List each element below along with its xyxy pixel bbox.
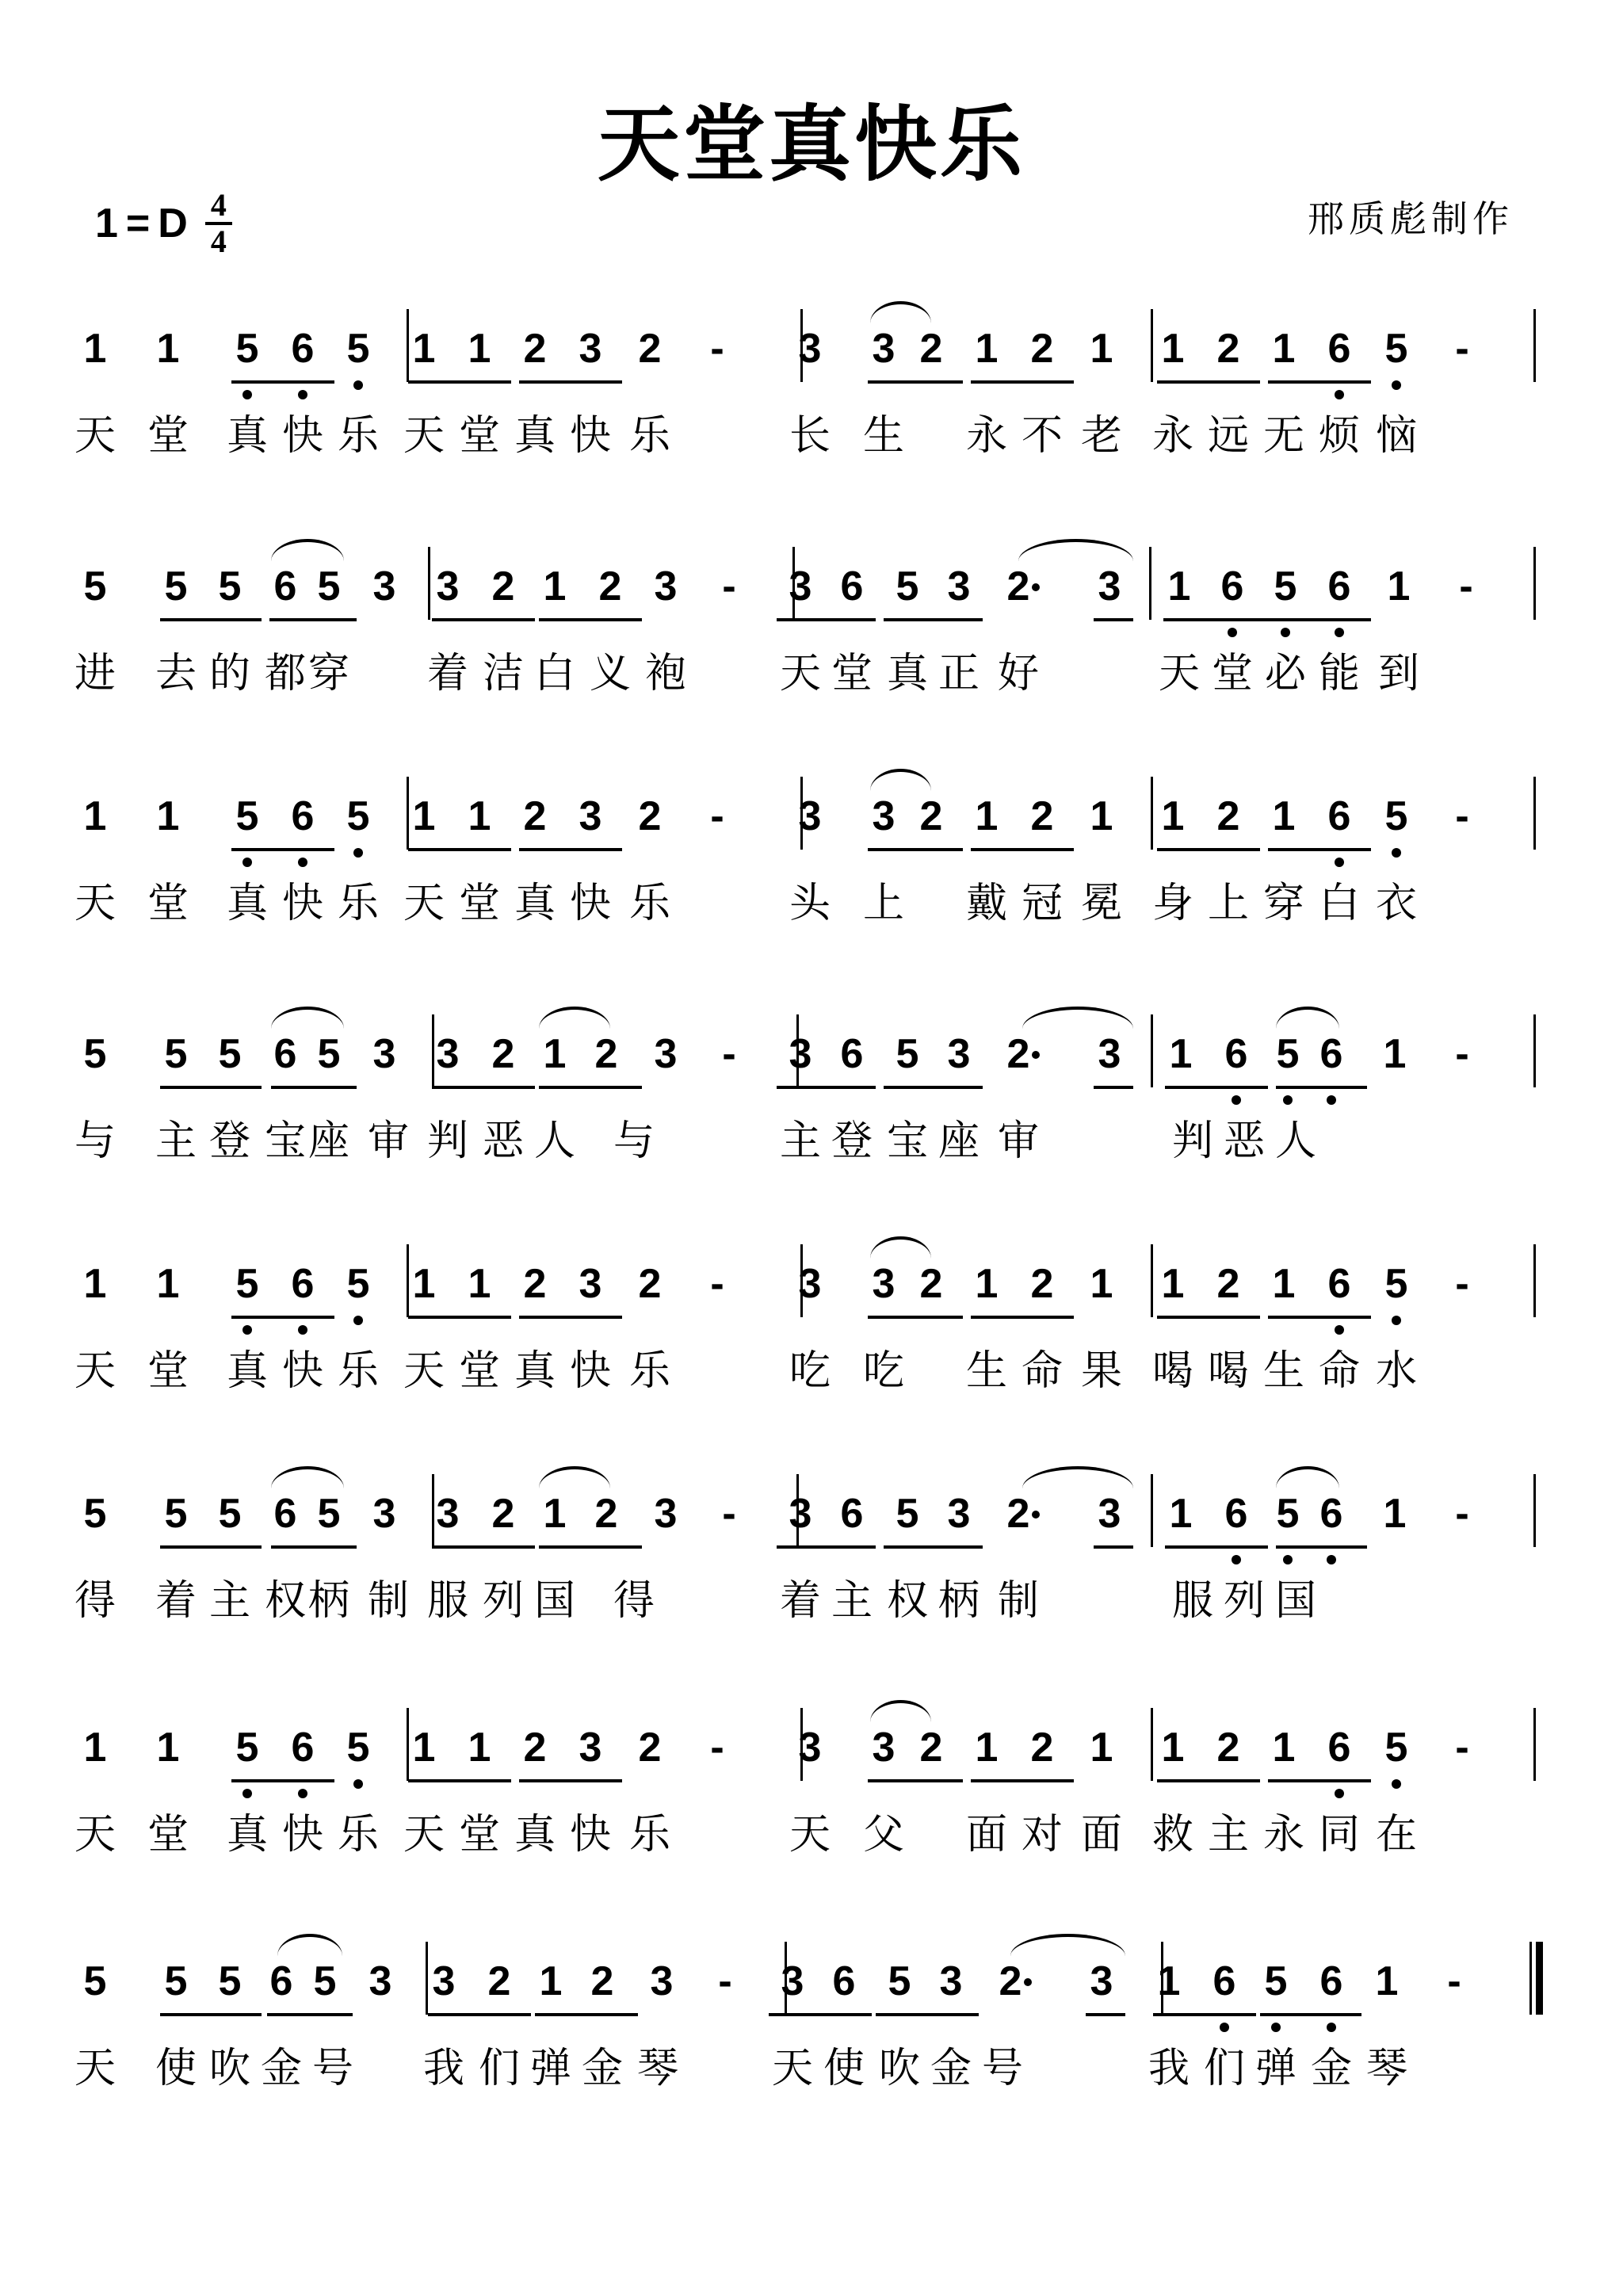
lyric-char: 吹	[874, 2045, 925, 2092]
note: 2	[911, 1260, 951, 1308]
sustain-dash: -	[697, 1724, 737, 1771]
note: 5	[1377, 1724, 1416, 1771]
note: 3	[571, 793, 610, 840]
note: 1	[148, 1724, 188, 1771]
note-digit: 5	[318, 563, 341, 609]
augmentation-dot	[1024, 1978, 1032, 1986]
note-digit: 2	[1217, 1261, 1240, 1307]
note: 1	[1153, 793, 1193, 840]
note-digit: 1	[1090, 1261, 1113, 1307]
eighth-note-underline	[408, 1779, 511, 1782]
note-digit: 5	[84, 563, 107, 609]
lyric-char: 正	[934, 650, 984, 697]
note: 2	[483, 563, 523, 610]
augmentation-dot	[1032, 583, 1040, 591]
slur-arc	[271, 1007, 344, 1029]
lyric-char: 真	[882, 650, 933, 697]
note-digit: 2	[599, 563, 622, 609]
lower-octave-dot	[1392, 380, 1401, 390]
eighth-note-underline	[884, 618, 983, 621]
note-digit: 2	[1007, 1491, 1030, 1537]
lyric-char: 乐	[624, 1347, 675, 1395]
barline	[796, 1014, 799, 1087]
lyric-char: 能	[1314, 650, 1365, 697]
note: 6	[1319, 1724, 1359, 1771]
note: 5	[1266, 563, 1305, 610]
note-digit: 3	[940, 1958, 963, 2004]
note: 2	[515, 1260, 555, 1308]
note: 1	[1082, 1724, 1121, 1771]
eighth-note-underline	[777, 618, 876, 621]
note: 6	[832, 563, 872, 610]
note-digit: 1	[1388, 563, 1411, 609]
note-digit: 2	[920, 326, 943, 372]
lower-octave-dot	[298, 390, 307, 399]
note-digit: 5	[165, 1031, 188, 1077]
eighth-note-underline	[519, 1316, 622, 1319]
note-digit: 3	[373, 1491, 396, 1537]
barline	[800, 1244, 803, 1317]
eighth-note-underline	[1157, 1779, 1260, 1782]
slur-arc	[870, 1236, 931, 1259]
note: 3	[790, 1260, 830, 1308]
lyric-char: 制	[363, 1577, 414, 1625]
lyric-char: 快	[277, 412, 328, 460]
lyric-char: 主	[1203, 1811, 1254, 1859]
note: 5	[156, 563, 196, 610]
note: 2	[1209, 325, 1248, 372]
note: 5	[75, 563, 115, 610]
lyric-char: 吹	[204, 2045, 255, 2092]
note: 1	[1153, 1724, 1193, 1771]
score-row: 55565332123-36532316561-与主登宝座审判恶人与主登宝座审判…	[0, 967, 1623, 1157]
note: 1	[1149, 1958, 1189, 2005]
lyric-char: 座	[304, 1117, 354, 1165]
lyric-char: 真	[222, 1347, 273, 1395]
note: 1	[967, 325, 1006, 372]
note: 1	[535, 1030, 575, 1078]
note-digit: 1	[157, 793, 180, 839]
note-digit: 5	[165, 563, 188, 609]
eighth-note-underline	[1276, 1545, 1367, 1549]
lyric-char: 救	[1148, 1811, 1198, 1859]
note: 1	[75, 1260, 115, 1308]
note-digit: 6	[292, 326, 315, 372]
note: 2	[1209, 1260, 1248, 1308]
note-digit: 3	[579, 326, 602, 372]
note-digit: 3	[948, 1491, 971, 1537]
note: 5	[156, 1490, 196, 1538]
note-digit: 5	[347, 326, 370, 372]
eighth-note-underline	[971, 380, 1074, 384]
note-digit: 6	[833, 1958, 856, 2004]
note: 5	[880, 1958, 919, 2005]
note: 3	[424, 1958, 464, 2005]
note: 6	[283, 325, 323, 372]
lyric-char: 穿	[304, 650, 354, 697]
slur-arc	[277, 1934, 342, 1956]
lower-octave-dot	[1283, 1095, 1293, 1105]
note-digit: 3	[789, 1031, 812, 1077]
eighth-note-underline	[1268, 380, 1371, 384]
eighth-note-underline	[777, 1086, 876, 1089]
note-digit: 3	[579, 1261, 602, 1307]
lyric-char: 对	[1017, 1811, 1067, 1859]
note: 6	[1216, 1030, 1256, 1078]
key-equals: =	[126, 200, 150, 247]
lower-octave-dot	[298, 858, 307, 867]
note-digit: 1	[1384, 1491, 1407, 1537]
lyric-char: 堂	[143, 880, 193, 927]
note-digit: 3	[948, 563, 971, 609]
note: 2	[630, 793, 670, 840]
note: 3	[571, 325, 610, 372]
lyric-char: 面	[961, 1811, 1012, 1859]
lyric-char: 天	[399, 1811, 449, 1859]
eighth-note-underline	[971, 1779, 1074, 1782]
barline	[1533, 547, 1536, 620]
lower-octave-dot	[298, 1789, 307, 1798]
note: 5	[305, 1958, 345, 2005]
note: 3	[781, 563, 820, 610]
sustain-dash: -	[1442, 325, 1482, 372]
lower-octave-dot	[1327, 2023, 1336, 2032]
note: 1	[404, 325, 444, 372]
note-digit: 1	[976, 326, 999, 372]
note-digit: 1	[976, 1725, 999, 1771]
lyric-char: 权	[882, 1577, 933, 1625]
final-barline-thin	[1529, 1942, 1532, 2015]
eighth-note-underline	[160, 1545, 262, 1549]
note: 1	[75, 1724, 115, 1771]
note: 1	[404, 1724, 444, 1771]
note-digit: 5	[84, 1491, 107, 1537]
note: 5	[1256, 1958, 1296, 2005]
note: 1	[1379, 563, 1419, 610]
note-digit: 2	[595, 1031, 618, 1077]
note-digit: 1	[1090, 326, 1113, 372]
lyric-char: 着	[775, 1577, 826, 1625]
sheet-title: 天堂真快乐	[0, 103, 1623, 185]
sustain-dash: -	[1446, 563, 1486, 610]
eighth-note-underline	[1165, 1545, 1268, 1549]
lyric-char: 堂	[1207, 650, 1258, 697]
lyric-char: 判	[1167, 1117, 1218, 1165]
lyric-char: 冠	[1017, 880, 1067, 927]
note-digit: 6	[841, 1491, 864, 1537]
eighth-note-underline	[868, 848, 963, 851]
note-digit: 2	[1217, 1725, 1240, 1771]
note: 3	[365, 1030, 404, 1078]
barline	[1533, 1474, 1536, 1547]
lyric-char: 金	[1306, 2045, 1357, 2092]
note-digit: 1	[1162, 793, 1185, 839]
lyric-char: 判	[422, 1117, 473, 1165]
barline	[1151, 777, 1153, 850]
lower-octave-dot	[1271, 2023, 1281, 2032]
note-digit: 5	[318, 1491, 341, 1537]
lyric-char: 们	[1199, 2045, 1250, 2092]
lyric-char: 生	[961, 1347, 1012, 1395]
lyric-char: 真	[510, 880, 560, 927]
barline	[407, 1708, 409, 1781]
note: 1	[148, 325, 188, 372]
note-digit: -	[1455, 1491, 1468, 1537]
note-digit: -	[1447, 1958, 1461, 2004]
note: 5	[1377, 793, 1416, 840]
eighth-note-underline	[519, 1779, 622, 1782]
lyric-char: 审	[993, 1117, 1044, 1165]
note-digit: 2	[1217, 326, 1240, 372]
note: 2	[630, 1724, 670, 1771]
note-digit: 2	[920, 1261, 943, 1307]
note-digit: 2	[1031, 326, 1054, 372]
lower-octave-dot	[242, 1789, 252, 1798]
eighth-note-underline	[519, 380, 622, 384]
eighth-note-underline	[271, 1545, 357, 1549]
lyric-char: 上	[1203, 880, 1254, 927]
lyric-char: 洁	[478, 650, 529, 697]
slur-arc	[1022, 1007, 1133, 1029]
note: 1	[460, 325, 499, 372]
note-digit: 3	[873, 793, 896, 839]
note: 1	[967, 1724, 1006, 1771]
note: 5	[75, 1490, 115, 1538]
lower-octave-dot	[1281, 628, 1290, 637]
note: 1	[967, 793, 1006, 840]
note: 1	[1264, 1724, 1304, 1771]
lower-octave-dot	[1232, 1555, 1241, 1564]
note-digit: -	[1455, 326, 1468, 372]
note-digit: 1	[1170, 1031, 1193, 1077]
note: 1	[1367, 1958, 1407, 2005]
lyric-char: 天	[785, 1811, 835, 1859]
lower-octave-dot	[353, 1779, 363, 1789]
lyric-char: 上	[858, 880, 909, 927]
note-digit: 2	[524, 1725, 547, 1771]
final-barline	[1529, 1942, 1542, 2015]
lyric-char: 金	[256, 2045, 307, 2092]
lyric-char: 天	[1154, 650, 1205, 697]
note-digit: 3	[655, 563, 678, 609]
lyric-char: 真	[510, 412, 560, 460]
note: 5	[210, 1490, 250, 1538]
note-digit: -	[1455, 1261, 1468, 1307]
note-digit: 6	[292, 1725, 315, 1771]
lyric-char: 永	[1148, 412, 1198, 460]
note-digit: -	[718, 1958, 731, 2004]
note-digit: 1	[468, 1261, 491, 1307]
note-digit: 1	[1273, 1261, 1296, 1307]
note-digit: 3	[437, 563, 460, 609]
note: 2	[1022, 325, 1062, 372]
note-digit: 6	[274, 1491, 297, 1537]
lyric-char: 永	[1258, 1811, 1309, 1859]
lyric-char: 登	[204, 1117, 255, 1165]
note: 6	[1319, 793, 1359, 840]
note: 6	[1319, 325, 1359, 372]
lyric-char: 们	[474, 2045, 525, 2092]
lyric-char: 制	[993, 1577, 1044, 1625]
note: 5	[888, 1490, 927, 1538]
eighth-note-underline	[1157, 848, 1260, 851]
lyric-char: 袍	[640, 650, 691, 697]
eighth-note-underline	[408, 848, 511, 851]
note-digit: 5	[236, 1261, 259, 1307]
lyric-char: 天	[70, 1811, 120, 1859]
lower-octave-dot	[1335, 1325, 1344, 1335]
note: 3	[790, 793, 830, 840]
note: 5	[156, 1958, 196, 2005]
eighth-note-underline	[1094, 1545, 1133, 1549]
note: 5	[309, 563, 349, 610]
note-digit: 6	[1320, 1031, 1343, 1077]
lyric-char: 与	[609, 1117, 659, 1165]
note: 6	[1212, 563, 1252, 610]
note-digit: 3	[437, 1491, 460, 1537]
note-digit: -	[1455, 1031, 1468, 1077]
note-digit: 5	[347, 793, 370, 839]
lyric-char: 快	[277, 1347, 328, 1395]
lyric-char: 快	[565, 1811, 616, 1859]
note: 3	[646, 1490, 685, 1538]
note-digit: 6	[1221, 563, 1244, 609]
lyric-char: 快	[277, 1811, 328, 1859]
barline	[1151, 1474, 1153, 1547]
note-digit: 5	[84, 1031, 107, 1077]
note-digit: 1	[157, 326, 180, 372]
note: 2	[911, 325, 951, 372]
note: 6	[1205, 1958, 1244, 2005]
note-digit: 6	[841, 563, 864, 609]
sustain-dash: -	[1434, 1958, 1474, 2005]
lyric-char: 天	[399, 412, 449, 460]
eighth-note-underline	[1268, 1779, 1371, 1782]
lyric-char: 座	[934, 1117, 984, 1165]
note-digit: 5	[219, 563, 242, 609]
eighth-note-underline	[267, 2013, 353, 2016]
note-digit: 5	[1385, 326, 1408, 372]
lyric-char: 堂	[454, 1811, 505, 1859]
lyric-char: 主	[204, 1577, 255, 1625]
lower-octave-dot	[1335, 628, 1344, 637]
lyric-char: 国	[529, 1577, 580, 1625]
note: 6	[1312, 1958, 1351, 2005]
note: 3	[642, 1958, 682, 2005]
lyric-char: 喝	[1148, 1347, 1198, 1395]
note-digit: 1	[1384, 1031, 1407, 1077]
lower-octave-dot	[1335, 1789, 1344, 1798]
note: 1	[460, 1260, 499, 1308]
eighth-note-underline	[231, 848, 334, 851]
note: 6	[283, 793, 323, 840]
score-row: 55565332123-36532316561-得着主权柄制服列国得着主权柄制服…	[0, 1427, 1623, 1617]
note: 1	[460, 1724, 499, 1771]
sustain-dash: -	[1442, 1490, 1482, 1538]
note: 3	[1090, 1490, 1129, 1538]
lyric-char: 乐	[333, 880, 384, 927]
note-digit: -	[722, 563, 735, 609]
note-digit: 5	[1385, 793, 1408, 839]
lyric-char: 国	[1270, 1577, 1321, 1625]
note: 1	[967, 1260, 1006, 1308]
barline	[432, 1014, 434, 1087]
lyric-char: 去	[151, 650, 201, 697]
note: 3	[1082, 1958, 1121, 2005]
note: 3	[931, 1958, 971, 2005]
score-row: 55565332123-36532316561-天使吹金号我们弹金琴天使吹金号我…	[0, 1894, 1623, 2084]
barline	[1533, 777, 1536, 850]
note: 6	[832, 1490, 872, 1538]
note-digit: 2	[524, 793, 547, 839]
slur-arc	[870, 769, 931, 791]
lyric-char: 喝	[1203, 1347, 1254, 1395]
lower-octave-dot	[1335, 858, 1344, 867]
note: 1	[404, 793, 444, 840]
lyric-char: 着	[151, 1577, 201, 1625]
lyric-char: 列	[1219, 1577, 1270, 1625]
eighth-note-underline	[432, 618, 535, 621]
lyric-char: 水	[1371, 1347, 1422, 1395]
note: 3	[864, 793, 903, 840]
note-digit: 2	[488, 1958, 511, 2004]
slur-arc	[271, 1466, 344, 1488]
lyric-char: 我	[1144, 2045, 1194, 2092]
lyric-char: 进	[70, 650, 120, 697]
score-row: 55565332123-36532316561-进去的都穿着洁白义袍天堂真正好天…	[0, 499, 1623, 690]
note: 5	[1377, 1260, 1416, 1308]
barline	[800, 1708, 803, 1781]
lyric-char: 在	[1371, 1811, 1422, 1859]
note: 3	[1090, 1030, 1129, 1078]
note-digit: 6	[1320, 1958, 1343, 2004]
note: 2	[586, 1490, 626, 1538]
lyric-char: 真	[222, 1811, 273, 1859]
note: 5	[210, 563, 250, 610]
eighth-note-underline	[539, 1545, 642, 1549]
slur-arc	[539, 1466, 610, 1488]
note: 6	[265, 1490, 305, 1538]
note-digit: -	[710, 793, 724, 839]
note-digit: 5	[1265, 1958, 1288, 2004]
barline	[800, 309, 803, 382]
lower-octave-dot	[353, 380, 363, 390]
sustain-dash: -	[1442, 1724, 1482, 1771]
lyric-char: 宝	[882, 1117, 933, 1165]
lyric-char: 生	[1258, 1347, 1309, 1395]
note-digit: 5	[84, 1958, 107, 2004]
lyric-char: 堂	[827, 650, 877, 697]
note: 2	[911, 1724, 951, 1771]
note-digit: 6	[1328, 1725, 1351, 1771]
note-digit: 1	[544, 1491, 567, 1537]
note: 5	[227, 1724, 267, 1771]
note-digit: 3	[1098, 563, 1121, 609]
note: 3	[571, 1260, 610, 1308]
lyric-char: 得	[70, 1577, 120, 1625]
note: 2	[582, 1958, 622, 2005]
eighth-note-underline	[160, 2013, 262, 2016]
note-digit: 6	[1225, 1031, 1248, 1077]
eighth-note-underline	[876, 2013, 979, 2016]
note: 1	[1153, 325, 1193, 372]
lyric-char: 服	[422, 1577, 473, 1625]
note: 6	[1312, 1030, 1351, 1078]
lyric-char: 头	[785, 880, 835, 927]
note-digit: 2	[999, 1958, 1022, 2004]
note-digit: 2	[595, 1491, 618, 1537]
note: 1	[1161, 1490, 1201, 1538]
